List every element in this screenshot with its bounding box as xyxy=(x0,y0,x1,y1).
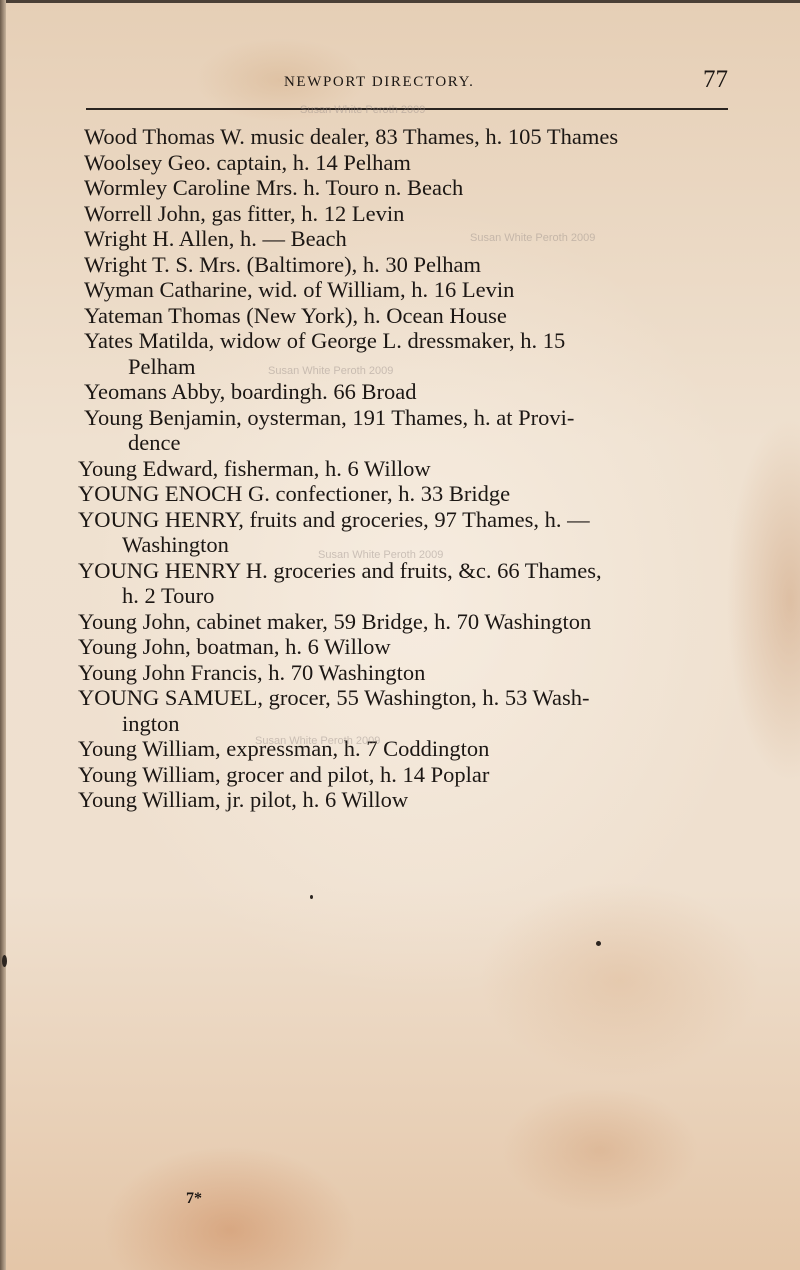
directory-entry: Young William, expressman, h. 7 Coddingt… xyxy=(78,736,730,762)
directory-entry: YOUNG ENOCH G. confectioner, h. 33 Bridg… xyxy=(78,481,730,507)
watermark: Susan White Peroth 2009 xyxy=(255,735,380,747)
directory-entry: Yeomans Abby, boardingh. 66 Broad xyxy=(84,379,730,405)
ink-speck xyxy=(2,955,7,967)
watermark: Susan White Peroth 2009 xyxy=(300,104,425,116)
directory-entry: YOUNG SAMUEL, grocer, 55 Washington, h. … xyxy=(78,685,730,736)
directory-entry: Young William, grocer and pilot, h. 14 P… xyxy=(78,762,730,788)
directory-entry: Yateman Thomas (New York), h. Ocean Hous… xyxy=(84,303,730,329)
page-binding-edge xyxy=(0,0,6,1270)
directory-entry: Young John Francis, h. 70 Washington xyxy=(78,660,730,686)
directory-entry: YOUNG HENRY H. groceries and fruits, &c.… xyxy=(78,558,730,609)
page-number: 77 xyxy=(703,66,728,94)
directory-entry: Young William, jr. pilot, h. 6 Willow xyxy=(78,787,730,813)
entry-continuation: h. 2 Touro xyxy=(78,583,730,609)
watermark: Susan White Peroth 2009 xyxy=(470,232,595,244)
directory-entry: Young John, boatman, h. 6 Willow xyxy=(78,634,730,660)
directory-entry: Wyman Catharine, wid. of William, h. 16 … xyxy=(84,277,730,303)
running-header: NEWPORT DIRECTORY. 77 xyxy=(84,64,728,96)
ink-speck xyxy=(310,895,313,899)
watermark: Susan White Peroth 2009 xyxy=(318,549,443,561)
directory-entry: Woolsey Geo. captain, h. 14 Pelham xyxy=(84,150,730,176)
watermark: Susan White Peroth 2009 xyxy=(268,365,393,377)
entry-continuation: dence xyxy=(84,430,730,456)
directory-entry: Young John, cabinet maker, 59 Bridge, h.… xyxy=(78,609,730,635)
directory-entry: Wormley Caroline Mrs. h. Touro n. Beach xyxy=(84,175,730,201)
directory-entry: Wright T. S. Mrs. (Baltimore), h. 30 Pel… xyxy=(84,252,730,278)
directory-entries: Wood Thomas W. music dealer, 83 Thames, … xyxy=(84,124,730,813)
directory-entry: Yates Matilda, widow of George L. dressm… xyxy=(84,328,730,379)
ink-speck xyxy=(596,941,601,946)
signature-mark: 7* xyxy=(186,1190,202,1208)
entry-continuation: ington xyxy=(78,711,730,737)
directory-entry: Young Benjamin, oysterman, 191 Thames, h… xyxy=(84,405,730,456)
directory-entry: Young Edward, fisherman, h. 6 Willow xyxy=(78,456,730,482)
directory-entry: Wright H. Allen, h. — Beach xyxy=(84,226,730,252)
page-top-edge xyxy=(0,0,800,3)
entry-continuation: Pelham xyxy=(84,354,730,380)
directory-entry: Wood Thomas W. music dealer, 83 Thames, … xyxy=(84,124,730,150)
running-title: NEWPORT DIRECTORY. xyxy=(284,74,474,91)
directory-entry: Worrell John, gas fitter, h. 12 Levin xyxy=(84,201,730,227)
